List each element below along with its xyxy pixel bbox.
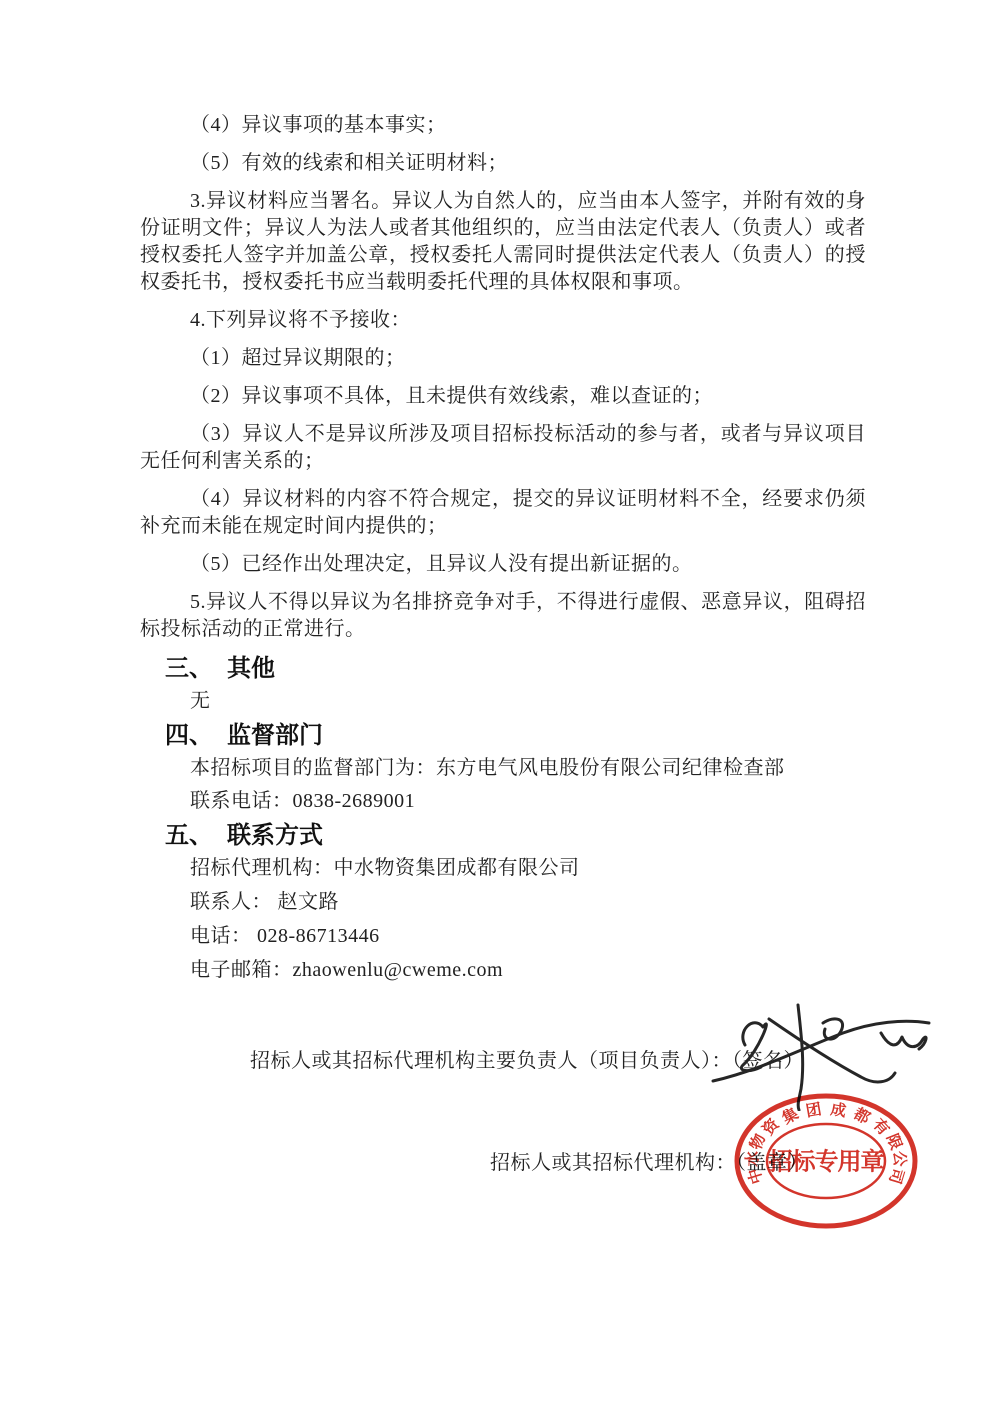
paragraph-rejected-1: （1）超过异议期限的； <box>140 345 866 372</box>
seal-ring-char: 司 <box>885 1166 908 1186</box>
paragraph-4-basic-facts: （4）异议事项的基本事实； <box>140 112 866 139</box>
section-heading-supervision: 四、监督部门 <box>165 721 866 751</box>
paragraph-4-rejected-intro: 4.下列异议将不予接收： <box>140 307 866 334</box>
paragraph-rejected-5: （5）已经作出处理决定，且异议人没有提出新证据的。 <box>140 551 866 578</box>
paragraph-rejected-3: （3）异议人不是异议所涉及项目招标投标活动的参与者，或者与异议项目无任何利害关系… <box>140 421 866 475</box>
section-heading-other: 三、其他 <box>165 654 866 684</box>
contact-person-line: 联系人： 赵文路 <box>190 889 866 916</box>
seal-ring-char: 都 <box>850 1104 874 1128</box>
section-heading-contact: 五、联系方式 <box>165 821 866 851</box>
seal-ring-char: 成 <box>829 1100 848 1120</box>
paragraph-rejected-2: （2）异议事项不具体，且未提供有效线索，难以查证的； <box>140 383 866 410</box>
paragraph-5-no-abuse: 5.异议人不得以异议为名排挤竞争对手，不得进行虚假、恶意异议，阻碍招标投标活动的… <box>140 589 866 643</box>
paragraph-rejected-4: （4）异议材料的内容不符合规定，提交的异议证明材料不全，经要求仍须补充而未能在规… <box>140 486 866 540</box>
seal-ring-char: 水 <box>743 1150 762 1167</box>
seal-ring-char: 中 <box>745 1166 767 1186</box>
supervision-department-line: 本招标项目的监督部门为：东方电气风电股份有限公司纪律检查部 <box>190 755 866 782</box>
seal-center-text: 招标专用章 <box>769 1148 885 1176</box>
company-seal: 中水物资集团成都有限公司 招标专用章 <box>725 1085 927 1237</box>
document-body: （4）异议事项的基本事实； （5）有效的线索和相关证明材料； 3.异议材料应当署… <box>140 112 866 991</box>
supervision-phone-line: 联系电话：0838-2689001 <box>190 788 866 815</box>
contact-agency-line: 招标代理机构：中水物资集团成都有限公司 <box>190 855 866 882</box>
paragraph-3-signature-rule: 3.异议材料应当署名。异议人为自然人的，应当由本人签字，并附有效的身份证明文件；… <box>140 188 866 296</box>
document-page: （4）异议事项的基本事实； （5）有效的线索和相关证明材料； 3.异议材料应当署… <box>0 0 1000 1414</box>
contact-phone-line: 电话： 028-86713446 <box>190 923 866 950</box>
paragraph-5-evidence: （5）有效的线索和相关证明材料； <box>140 150 866 177</box>
seal-ring-char: 团 <box>804 1099 822 1120</box>
section-title: 其他 <box>227 655 275 682</box>
section-number: 四、 <box>165 722 213 749</box>
section-other-content: 无 <box>190 688 866 715</box>
section-number: 五、 <box>165 822 213 849</box>
section-number: 三、 <box>165 655 213 682</box>
seal-ring-char: 限 <box>883 1131 907 1153</box>
section-title: 监督部门 <box>227 722 323 749</box>
section-title: 联系方式 <box>227 822 323 849</box>
seal-ring-char: 公 <box>890 1151 909 1168</box>
responsible-person-signature-line: 招标人或其招标代理机构主要负责人（项目负责人）：（签名） <box>250 1044 804 1073</box>
contact-email-line: 电子邮箱：zhaowenlu@cweme.com <box>190 957 866 984</box>
